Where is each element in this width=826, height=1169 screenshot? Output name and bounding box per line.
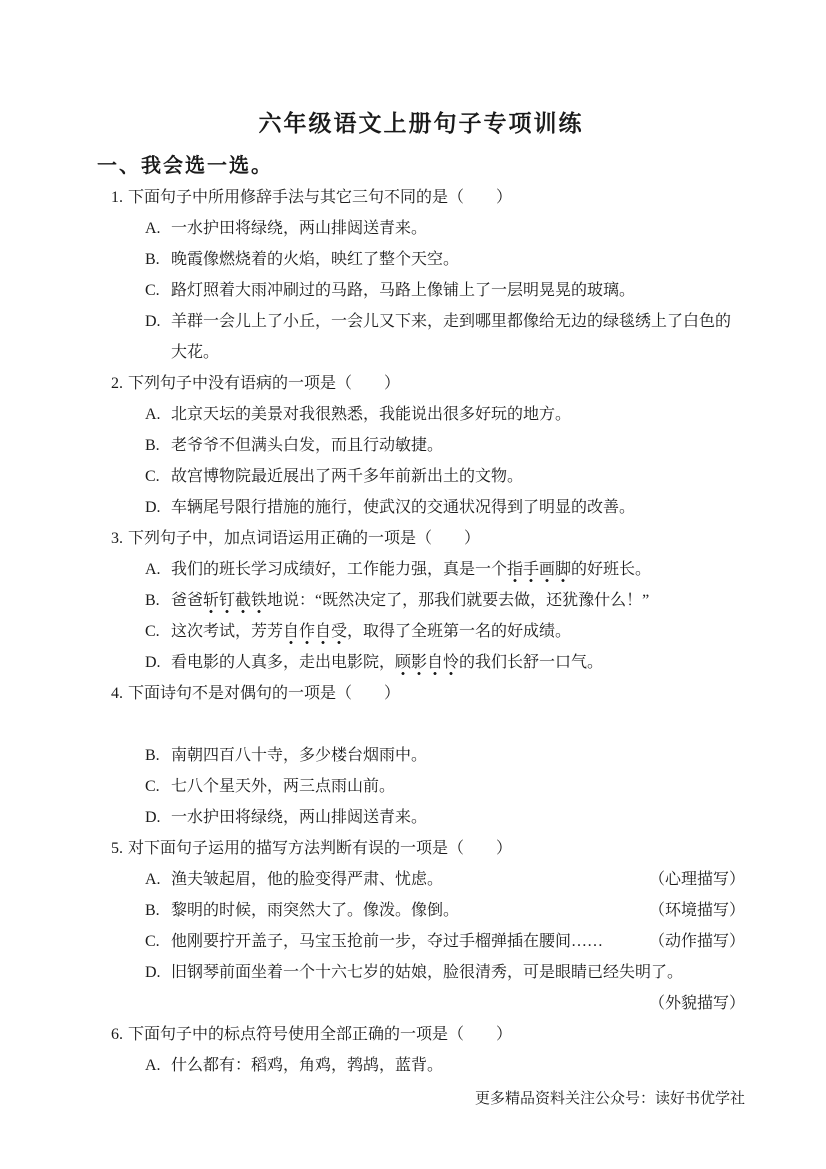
- option-5d: D.旧钢琴前面坐着一个十六七岁的姑娘，脸很清秀，可是眼睛已经失明了。: [145, 957, 745, 988]
- option-4c: C.七八个星天外，两三点雨山前。: [145, 771, 745, 802]
- emphasized-word: 自作自受: [283, 623, 347, 645]
- option-label: A.: [145, 213, 171, 244]
- option-text: 七八个星天外，两三点雨山前。: [171, 778, 395, 795]
- question-stem: 5.对下面句子运用的描写方法判断有误的一项是（ ）: [97, 833, 745, 864]
- option-text: 一水护田将绿绕，两山排闼送青来。: [171, 220, 427, 237]
- option-label: D.: [145, 957, 171, 988]
- option-text: 黎明的时候，雨突然大了。像泼。像倒。: [171, 902, 459, 919]
- option-label: D.: [145, 647, 171, 678]
- option-3b: B.爸爸斩钉截铁地说：“既然决定了，那我们就要去做，还犹豫什么！”: [145, 585, 745, 616]
- document-body: 六年级语文上册句子专项训练 一、我会选一选。 1.下面句子中所用修辞手法与其它三…: [97, 108, 745, 1111]
- option-6a: A.什么都有：稻鸡，角鸡，鹁鸪，蓝背。: [145, 1050, 745, 1081]
- option-label: C.: [145, 771, 171, 802]
- emphasized-word: 斩钉截铁: [203, 592, 267, 614]
- option-1a: A.一水护田将绿绕，两山排闼送青来。: [145, 213, 745, 244]
- question-stem: 3.下列句子中，加点词语运用正确的一项是（ ）: [97, 523, 745, 554]
- option-1c: C.路灯照着大雨冲刷过的马路，马路上像铺上了一层明晃晃的玻璃。: [145, 275, 745, 306]
- option-5b: B.黎明的时候，雨突然大了。像泼。像倒。（环境描写）: [145, 895, 745, 926]
- option-text: 故宫博物院最近展出了两千多年前新出土的文物。: [171, 468, 523, 485]
- option-3a: A.我们的班长学习成绩好，工作能力强，真是一个指手画脚的好班长。: [145, 554, 745, 585]
- question-stem: 2.下列句子中没有语病的一项是（ ）: [97, 368, 745, 399]
- option-5c: C.他刚要拧开盖子，马宝玉抢前一步，夺过手榴弹插在腰间……（动作描写）: [145, 926, 745, 957]
- question-stem-text: 下面句子中所用修辞手法与其它三句不同的是（ ）: [128, 189, 512, 206]
- option-4d: D.一水护田将绿绕，两山排闼送青来。: [145, 802, 745, 833]
- question-number: 3.: [111, 523, 128, 554]
- question-number: 6.: [111, 1019, 128, 1050]
- option-3d: D.看电影的人真多，走出电影院，顾影自怜的我们长舒一口气。: [145, 647, 745, 678]
- option-text-pre: 爸爸: [171, 592, 203, 609]
- option-label: A.: [145, 864, 171, 895]
- option-label: C.: [145, 275, 171, 306]
- option-label: D.: [145, 306, 171, 337]
- description-type-tag: （动作描写）: [649, 926, 745, 957]
- option-text: 南朝四百八十寺，多少楼台烟雨中。: [171, 747, 427, 764]
- option-label: D.: [145, 492, 171, 523]
- question-stem-text: 对下面句子运用的描写方法判断有误的一项是（ ）: [128, 840, 512, 857]
- option-text: 路灯照着大雨冲刷过的马路，马路上像铺上了一层明晃晃的玻璃。: [171, 282, 635, 299]
- option-2d: D.车辆尾号限行措施的施行，使武汉的交通状况得到了明显的改善。: [145, 492, 745, 523]
- option-2a: A.北京天坛的美景对我很熟悉，我能说出很多好玩的地方。: [145, 399, 745, 430]
- option-text-post: ，取得了全班第一名的好成绩。: [347, 623, 571, 640]
- description-type-tag: （环境描写）: [649, 895, 745, 926]
- question-1: 1.下面句子中所用修辞手法与其它三句不同的是（ ） A.一水护田将绿绕，两山排闼…: [97, 182, 745, 368]
- question-stem: 4.下面诗句不是对偶句的一项是（ ）: [97, 678, 745, 709]
- question-number: 4.: [111, 678, 128, 709]
- option-text-pre: 这次考试，芳芳: [171, 623, 283, 640]
- option-text: 旧钢琴前面坐着一个十六七岁的姑娘，脸很清秀，可是眼睛已经失明了。: [171, 964, 683, 981]
- worksheet-page: 六年级语文上册句子专项训练 一、我会选一选。 1.下面句子中所用修辞手法与其它三…: [0, 0, 826, 1169]
- option-body: A.渔夫皱起眉，他的脸变得严肃、忧虑。: [171, 864, 649, 895]
- option-1b: B.晚霞像燃烧着的火焰，映红了整个天空。: [145, 244, 745, 275]
- description-type-tag: （外貌描写）: [145, 988, 745, 1019]
- option-body: C.他刚要拧开盖子，马宝玉抢前一步，夺过手榴弹插在腰间……: [171, 926, 649, 957]
- question-stem-text: 下列句子中，加点词语运用正确的一项是（ ）: [128, 530, 480, 547]
- emphasized-word: 顾影自怜: [395, 654, 459, 676]
- option-2b: B.老爷爷不但满头白发，而且行动敏捷。: [145, 430, 745, 461]
- question-6: 6.下面句子中的标点符号使用全部正确的一项是（ ） A.什么都有：稻鸡，角鸡，鹁…: [97, 1019, 745, 1081]
- option-text: 北京天坛的美景对我很熟悉，我能说出很多好玩的地方。: [171, 406, 571, 423]
- option-text-post: 地说：“既然决定了，那我们就要去做，还犹豫什么！”: [267, 592, 649, 609]
- option-label: C.: [145, 926, 171, 957]
- option-label: B.: [145, 244, 171, 275]
- footer-note: 更多精品资料关注公众号：读好书优学社: [97, 1087, 745, 1111]
- description-type-tag: （心理描写）: [649, 864, 745, 895]
- question-4: 4.下面诗句不是对偶句的一项是（ ） B.南朝四百八十寺，多少楼台烟雨中。 C.…: [97, 678, 745, 833]
- question-2: 2.下列句子中没有语病的一项是（ ） A.北京天坛的美景对我很熟悉，我能说出很多…: [97, 368, 745, 523]
- option-4b: B.南朝四百八十寺，多少楼台烟雨中。: [145, 740, 745, 771]
- option-text-post: 的我们长舒一口气。: [459, 654, 603, 671]
- option-text-post: 的好班长。: [571, 561, 651, 578]
- question-stem-text: 下面诗句不是对偶句的一项是（ ）: [128, 685, 400, 702]
- question-number: 1.: [111, 182, 128, 213]
- option-text-pre: 看电影的人真多，走出电影院，: [171, 654, 395, 671]
- option-3c: C.这次考试，芳芳自作自受，取得了全班第一名的好成绩。: [145, 616, 745, 647]
- option-text: 一水护田将绿绕，两山排闼送青来。: [171, 809, 427, 826]
- option-text: 他刚要拧开盖子，马宝玉抢前一步，夺过手榴弹插在腰间……: [171, 933, 603, 950]
- option-text: 渔夫皱起眉，他的脸变得严肃、忧虑。: [171, 871, 443, 888]
- emphasized-word: 指手画脚: [507, 561, 571, 583]
- option-label: A.: [145, 1050, 171, 1081]
- option-label: B.: [145, 895, 171, 926]
- option-label: C.: [145, 616, 171, 647]
- option-label: B.: [145, 430, 171, 461]
- question-stem: 1.下面句子中所用修辞手法与其它三句不同的是（ ）: [97, 182, 745, 213]
- option-text: 羊群一会儿上了小丘，一会儿又下来，走到哪里都像给无边的绿毯绣上了白色的大花。: [171, 313, 731, 361]
- option-5a: A.渔夫皱起眉，他的脸变得严肃、忧虑。（心理描写）: [145, 864, 745, 895]
- question-5: 5.对下面句子运用的描写方法判断有误的一项是（ ） A.渔夫皱起眉，他的脸变得严…: [97, 833, 745, 1019]
- question-stem-text: 下面句子中的标点符号使用全部正确的一项是（ ）: [128, 1026, 512, 1043]
- option-2c: C.故宫博物院最近展出了两千多年前新出土的文物。: [145, 461, 745, 492]
- option-text-pre: 我们的班长学习成绩好，工作能力强，真是一个: [171, 561, 507, 578]
- option-text: 什么都有：稻鸡，角鸡，鹁鸪，蓝背。: [171, 1057, 443, 1074]
- option-label: B.: [145, 585, 171, 616]
- option-body: B.黎明的时候，雨突然大了。像泼。像倒。: [171, 895, 649, 926]
- page-title: 六年级语文上册句子专项训练: [97, 108, 745, 140]
- option-label: A.: [145, 399, 171, 430]
- option-text: 老爷爷不但满头白发，而且行动敏捷。: [171, 437, 443, 454]
- question-number: 2.: [111, 368, 128, 399]
- section-heading: 一、我会选一选。: [97, 150, 745, 182]
- option-text: 车辆尾号限行措施的施行，使武汉的交通状况得到了明显的改善。: [171, 499, 635, 516]
- option-label: D.: [145, 802, 171, 833]
- option-text: 晚霞像燃烧着的火焰，映红了整个天空。: [171, 251, 459, 268]
- option-label: B.: [145, 740, 171, 771]
- option-label: C.: [145, 461, 171, 492]
- option-1d: D.羊群一会儿上了小丘，一会儿又下来，走到哪里都像给无边的绿毯绣上了白色的大花。: [145, 306, 745, 368]
- question-3: 3.下列句子中，加点词语运用正确的一项是（ ） A.我们的班长学习成绩好，工作能…: [97, 523, 745, 678]
- question-number: 5.: [111, 833, 128, 864]
- option-4a-blank: [145, 709, 745, 740]
- option-label: A.: [145, 554, 171, 585]
- question-stem-text: 下列句子中没有语病的一项是（ ）: [128, 375, 400, 392]
- question-stem: 6.下面句子中的标点符号使用全部正确的一项是（ ）: [97, 1019, 745, 1050]
